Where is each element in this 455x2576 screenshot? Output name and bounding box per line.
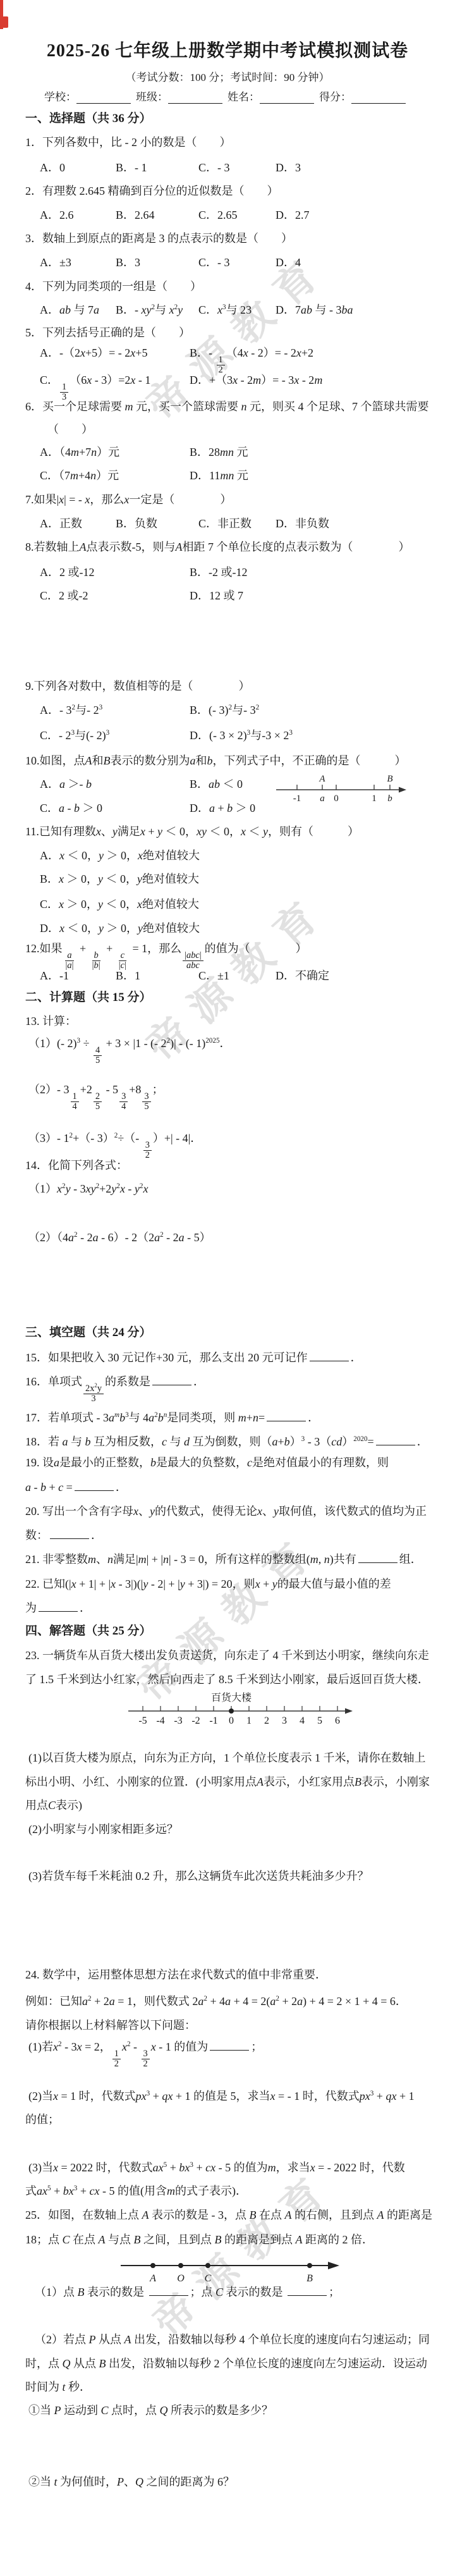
store-label: 百货大楼 (211, 1692, 252, 1703)
q1-stem: 1．下列各数中，比 - 2 小的数是（ ） (25, 134, 231, 150)
q15-stem: 15．如果把收入 30 元记作+30 元，那么支出 20 元可记作． (25, 1349, 362, 1366)
option: D．2.7 (276, 207, 432, 223)
option: B．- xy2与 x2y (116, 302, 198, 318)
q6-options-cd: C．（7m+4n）元D．11mn 元 (40, 467, 394, 484)
q25-part2-line3: 时间为 t 秒． (25, 2379, 91, 2395)
q24-prompt: 请你根据以上材料解答以下问题： (25, 2017, 196, 2033)
option: A．正数 (40, 515, 116, 532)
q19-stem-line2: a - b + c =． (25, 1479, 127, 1495)
name-blank (260, 92, 314, 104)
tick-label: -3 (174, 1715, 182, 1726)
point-b-label: B (387, 774, 392, 784)
q5-stem: 5．下列去括号正确的是（ ） (25, 324, 190, 341)
option: D．a + b ＞ 0 (190, 800, 394, 816)
point-a-label: A (318, 774, 325, 784)
q20-stem-line1: 20. 写出一个含有字母x、y的代数式，使得无论x、y取何值，该代数式的值均为正 (25, 1503, 427, 1519)
q22-stem-line2: 为． (25, 1600, 91, 1616)
option: C．2.65 (198, 207, 276, 223)
tick-label: 3 (282, 1715, 287, 1726)
q3-options: A．±3B．3C．- 3D．4 (40, 254, 432, 271)
option: C．±1 (198, 967, 276, 984)
option: C．x3与 23 (198, 302, 276, 318)
q13-part3: （3）- 12+（- 3）2÷（- 32）+| - 4|． (28, 1130, 202, 1161)
option: D．12 或 7 (190, 587, 394, 604)
q23-part1-line3: 用点C表示) (25, 1797, 82, 1813)
q11-option-d: D．x ＜ 0，y ＞ 0，y绝对值较大 (40, 920, 200, 936)
option: C．a - b ＞ 0 (40, 800, 190, 816)
q10-stem: 10.如图，点A和B表示的数分别为a和b，下列式子中，不正确的是（ ） (25, 752, 406, 769)
school-blank (76, 92, 131, 104)
option: B．28mn 元 (190, 444, 394, 460)
q24-part3-line2: 式ax5 + bx3 + cx - 5 的值(用含m的式子表示)． (25, 2183, 247, 2199)
q19-stem-line1: 19. 设a是最小的正整数，b是最大的负整数，c是绝对值最小的有理数，则 (25, 1454, 389, 1471)
page-title: 2025-26 七年级上册数学期中考试模拟测试卷 (0, 37, 455, 62)
option: B．- 12（4x - 2）= - 2x+2 (190, 345, 394, 376)
q25-stem-line1: 25．如图，在数轴上点 A 表示的数是 - 3，点 B 在点 A 的右侧，且到点… (25, 2207, 432, 2223)
q14-part2: （2）（4a2 - 2a - 6）- 2（2a2 - 2a - 5） (28, 1229, 211, 1246)
q17-stem: 17．若单项式 - 3amb3与 4a2bn是同类项，则 m+n=． (25, 1409, 319, 1426)
q3-stem: 3．数轴上到原点的距离是 3 的点表示的数是（ ） (25, 230, 293, 247)
q24-part2-line2: 的值； (25, 2111, 59, 2128)
q24-part3-line1: (3)当x = 2022 时，代数式ax5 + bx3 + cx - 5 的值为… (28, 2159, 405, 2176)
q11-option-b: B．x ＞ 0，y ＜ 0，y绝对值较大 (40, 871, 199, 887)
option: B．1 (116, 967, 198, 984)
option: D．(- 3 × 2)3与-3 × 23 (190, 727, 394, 744)
option: D．7ab 与 - 3ba (276, 302, 432, 318)
q24-part1: (1)若x2 - 3x = 2，12x2 - 32x - 1 的值为； (28, 2039, 262, 2070)
tick-label: 0 (229, 1715, 234, 1726)
q13-part2: （2）- 314+225 - 534+835； (28, 1081, 164, 1112)
option: D．不确定 (276, 967, 432, 984)
option: D．4 (276, 254, 432, 271)
class-blank (168, 92, 222, 104)
q8-stem: 8.若数轴上A点表示数-5，则与A相距 7 个单位长度的点表示数为（ ） (25, 539, 410, 555)
q10-options-cd: C．a - b ＞ 0D．a + b ＞ 0 (40, 800, 394, 816)
tick-label: -1 (209, 1715, 217, 1726)
option: A．-（2x+5）= - 2x+5 (40, 345, 190, 376)
q8-options-cd: C．2 或-2D．12 或 7 (40, 587, 394, 604)
point-c-label: C (205, 2273, 212, 2284)
q9-options-cd: C．- 23与(- 2)3D．(- 3 × 2)3与-3 × 23 (40, 727, 394, 744)
option: A．0 (40, 159, 116, 176)
q23-number-line-figure: 百货大楼 -5 -4 -3 -2 -1 0 1 2 3 4 5 6 (125, 1692, 356, 1727)
q7-stem: 7.如果|x| = - x，那么x一定是（ ） (25, 491, 231, 508)
q12-options: A．-1B．1C．±1D．不确定 (40, 967, 432, 984)
q16-stem: 16．单项式2x2y3的系数是． (25, 1373, 205, 1404)
q7-options: A．正数B．负数C．非正数D．非负数 (40, 515, 432, 532)
q25-part2-line1: （2）若点 P 从点 A 出发，沿数轴以每秒 4 个单位长度的速度向右匀速运动；… (35, 2331, 430, 2348)
exam-paper-page: 帝源教育 帝源教育 帝源教育 帝源教育 2025-26 七年级上册数学期中考试模… (0, 0, 455, 2576)
q6-stem: 6．买一个足球需要 m 元，买一个篮球需要 n 元，则买 4 个足球、7 个篮球… (25, 398, 429, 415)
q24-example: 例如：已知a2 + 2a = 1，则代数式 2a2 + 4a + 4 = 2(a… (25, 1993, 407, 2009)
option: A．a ＞- b (40, 776, 190, 792)
q4-options: A．ab 与 7aB．- xy2与 x2yC．x3与 23D．7ab 与 - 3… (40, 302, 432, 318)
tick-label: 2 (264, 1715, 269, 1726)
q25-number-line-figure: A O C B (117, 2257, 344, 2286)
q11-option-c: C．x ＞ 0，y ＜ 0，x绝对值较大 (40, 896, 199, 912)
q1-options: A．0B．- 1C．- 3D．3 (40, 159, 432, 176)
tick-label: -4 (156, 1715, 164, 1726)
option: C．- 23与(- 2)3 (40, 727, 190, 744)
q23-part1-line2: 标出小明、小红、小刚家的位置．(小明家用点A表示，小红家用点B表示，小刚家 (25, 1774, 430, 1790)
option: D．11mn 元 (190, 467, 394, 484)
student-info-row: 学校： 班级： 姓名： 得分： (0, 88, 455, 104)
option: B．-2 或-12 (190, 564, 394, 580)
q5-options-ab: A．-（2x+5）= - 2x+5B．- 12（4x - 2）= - 2x+2 (40, 345, 394, 376)
q22-stem-line1: 22. 已知(|x + 1| + |x - 3|)(|y - 2| + |y +… (25, 1576, 391, 1592)
point-a-label: A (149, 2273, 156, 2284)
q24-stem: 24. 数学中，运用整体思想方法在求代数式的值中非常重要． (25, 1966, 327, 1983)
option: B．- 1 (116, 159, 198, 176)
q23-stem-line1: 23. 一辆货车从百货大楼出发负责送货，向东走了 4 千米到达小明家，继续向东走 (25, 1647, 429, 1664)
q9-stem: 9.下列各对数中，数值相等的是（ ） (25, 678, 250, 694)
option: A．2 或-12 (40, 564, 190, 580)
q23-stem-line2: 了 1.5 千米到达小红家，然后向西走了 8.5 千米到达小刚家，最后返回百货大… (25, 1671, 429, 1688)
q14-part1: （1）x2y - 3xy2+2y2x - y2x (28, 1181, 148, 1197)
section-2-header: 二、计算题（共 15 分） (25, 990, 152, 1006)
q24-part2-line1: (2)当x = 1 时，代数式px3 + qx + 1 的值是 5，求当x = … (28, 2088, 415, 2104)
q6-paren: （ ） (47, 421, 93, 438)
name-label: 姓名： (227, 88, 260, 104)
option: B．2.64 (116, 207, 198, 223)
q6-options-ab: A．（4m+7n）元B．28mn 元 (40, 444, 394, 460)
option: A．（4m+7n）元 (40, 444, 190, 460)
q11-stem: 11.已知有理数x、y满足x + y ＜ 0，xy ＜ 0，x ＜ y，则有（ … (25, 823, 359, 840)
option: C．- 3 (198, 254, 276, 271)
q13-part1: （1）(- 2)3 ÷ 45 + 3 × |1 - (- 22)| - (- 1… (28, 1035, 231, 1066)
option: D．非负数 (276, 515, 432, 532)
exam-meta: （考试分数：100 分；考试时间：90 分钟） (0, 68, 455, 84)
q12-stem: 12.如果a|a| + b|b| + c|c| = 1，那么|abc|abc的值… (25, 940, 307, 971)
q23-part1-line1: (1)以百货大楼为原点，向东为正方向，1 个单位长度表示 1 千米，请你在数轴上 (28, 1750, 426, 1766)
q2-options: A．2.6B．2.64C．2.65D．2.7 (40, 207, 432, 223)
option: D．3 (276, 159, 432, 176)
option: C．（7m+4n）元 (40, 467, 190, 484)
class-label: 班级： (136, 88, 168, 104)
section-3-header: 三、填空题（共 24 分） (25, 1325, 152, 1341)
q25-sub2: ②当 t 为何值时，P、Q 之间的距离为 6？ (28, 2474, 234, 2490)
tick-label: 5 (317, 1715, 322, 1726)
watermark-text: 帝源教育 (138, 2152, 346, 2348)
q13-stem: 13. 计算： (25, 1013, 76, 1029)
option: A．2.6 (40, 207, 116, 223)
q23-part2: (2)小明家与小刚家相距多远？ (28, 1821, 178, 1837)
option: B．(- 3)2与- 32 (190, 702, 394, 718)
tick-label: 6 (335, 1715, 340, 1726)
option: A．-1 (40, 967, 116, 984)
point-b-label: B (306, 2273, 313, 2284)
q4-stem: 4．下列为同类项的一组是（ ） (25, 278, 202, 295)
option: C．非正数 (198, 515, 276, 532)
q8-options-ab: A．2 或-12B．-2 或-12 (40, 564, 394, 580)
option: A．- 32与- 23 (40, 702, 190, 718)
option: C．- 3 (198, 159, 276, 176)
q11-option-a: A．x ＜ 0，y ＞ 0，x绝对值较大 (40, 847, 200, 864)
q20-stem-line2: 数：． (25, 1527, 102, 1543)
q23-part3: (3)若货车每千米耗油 0.2 升，那么这辆货车此次送货共耗油多少升？ (28, 1868, 369, 1884)
q25-stem-line2: 18；点 C 在点 A 与点 B 之间，且到点 B 的距离是到点 A 距离的 2… (25, 2231, 373, 2248)
q21-stem: 21. 非零整数m、n满足|m| + |n| - 3 = 0，所有这样的整数组(… (25, 1551, 422, 1567)
point-o-label: O (177, 2273, 185, 2284)
q25-sub1: ①当 P 运动到 C 点时，点 Q 所表示的数是多少？ (28, 2402, 273, 2419)
school-label: 学校： (44, 88, 76, 104)
q25-part1: （1）点 B 表示的数是 ；点 C 表示的数是 ； (35, 2284, 340, 2300)
section-4-header: 四、解答题（共 25 分） (25, 1623, 152, 1640)
tick-label: -2 (191, 1715, 200, 1726)
option: B．3 (116, 254, 198, 271)
tick-label: 1 (246, 1715, 252, 1726)
q25-part2-line2: 时，点 Q 从点 B 出发，沿数轴以每秒 2 个单位长度的速度向左匀速运动．设运… (25, 2355, 427, 2372)
tick-label: -5 (138, 1715, 147, 1726)
red-stamp-mark (3, 16, 8, 28)
score-label: 得分： (319, 88, 351, 104)
option: B．负数 (116, 515, 198, 532)
q14-stem: 14．化简下列各式： (25, 1157, 128, 1174)
option: C．2 或-2 (40, 587, 190, 604)
option: A．ab 与 7a (40, 302, 116, 318)
section-1-header: 一、选择题（共 36 分） (25, 111, 152, 127)
q18-stem: 18．若 a 与 b 互为相反数，c 与 d 互为倒数，则（a+b）3 - 3（… (25, 1433, 428, 1450)
score-blank (351, 92, 406, 104)
q2-stem: 2．有理数 2.645 精确到百分位的近似数是（ ） (25, 183, 279, 199)
tick-label: 4 (300, 1715, 305, 1726)
q9-options-ab: A．- 32与- 23B．(- 3)2与- 32 (40, 702, 394, 718)
option: A．±3 (40, 254, 116, 271)
